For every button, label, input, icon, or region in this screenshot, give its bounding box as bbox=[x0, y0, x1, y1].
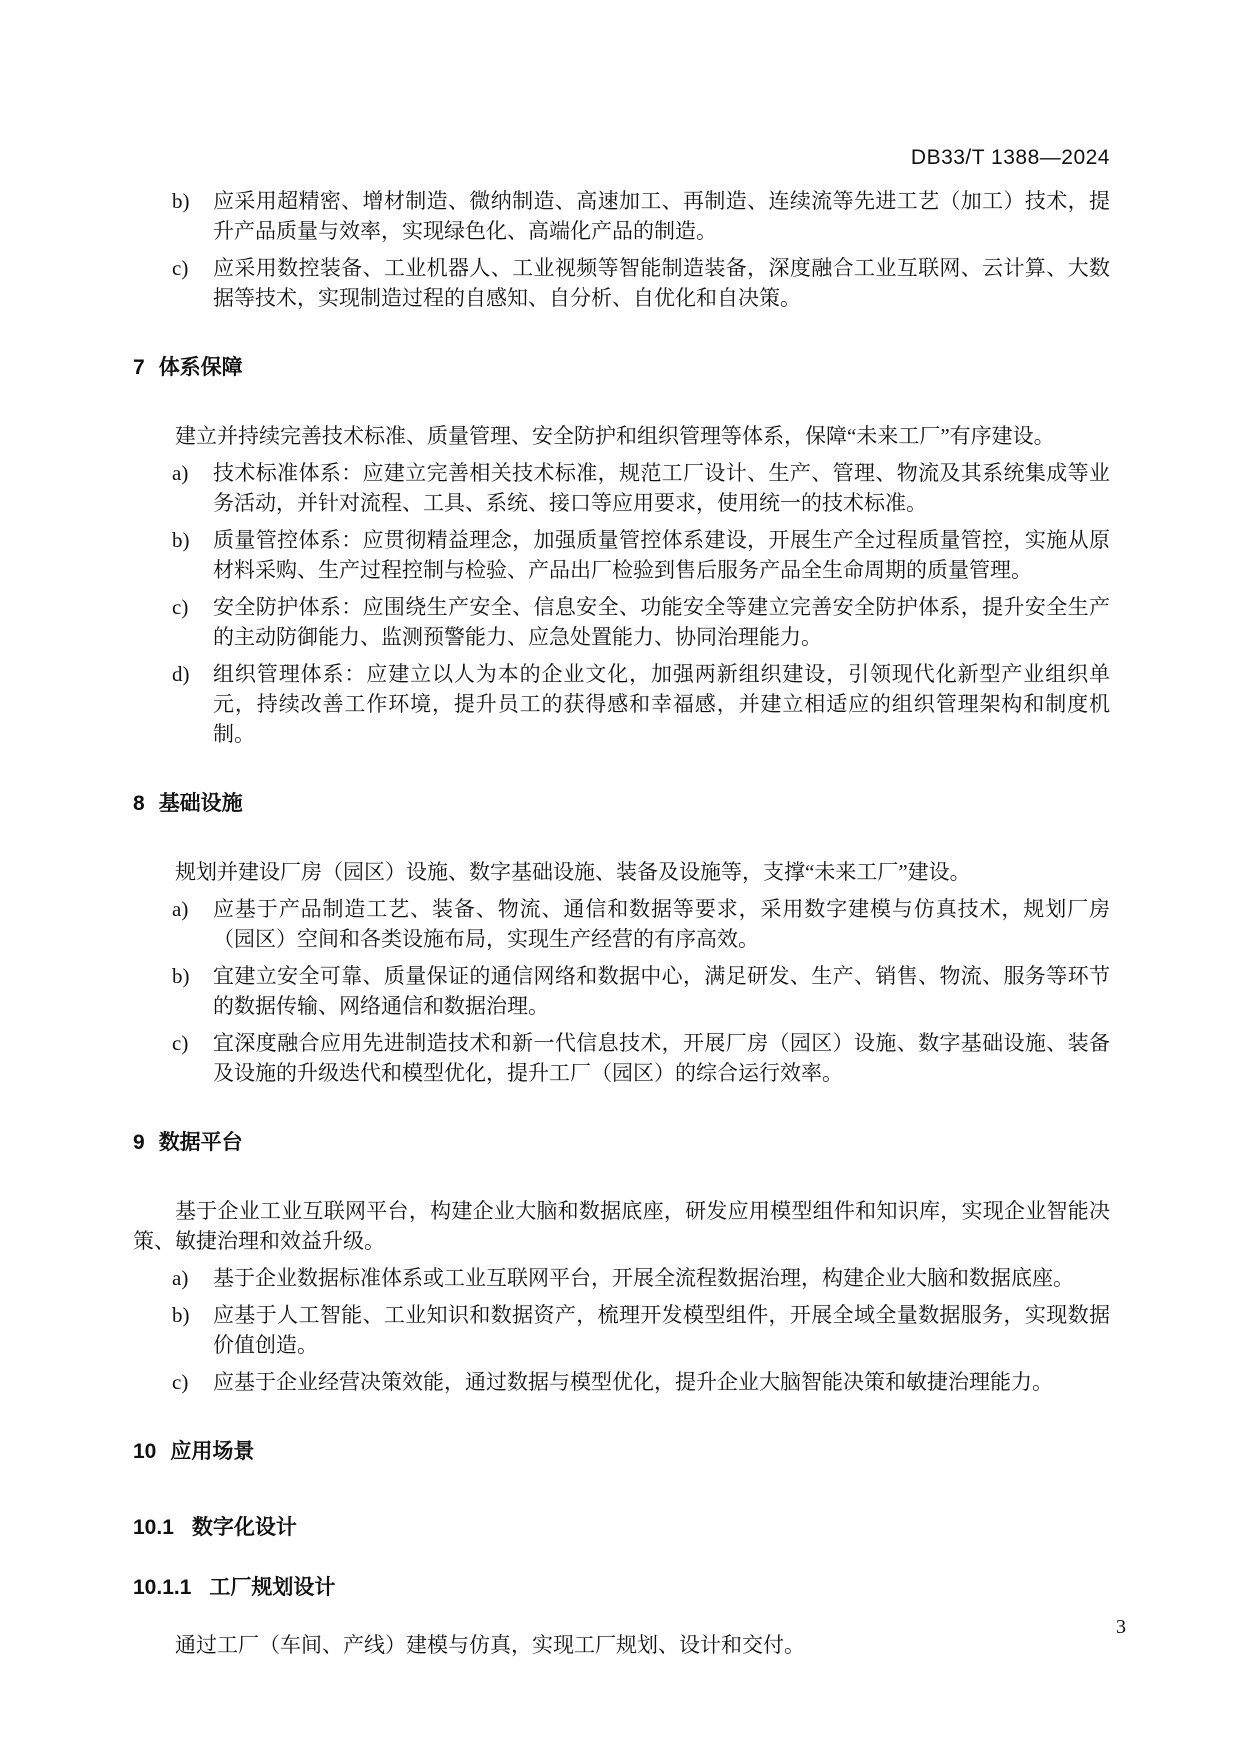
list-item-label: a) bbox=[172, 894, 213, 954]
list-item-text: 安全防护体系：应围绕生产安全、信息安全、功能安全等建立完善安全防护体系，提升安全… bbox=[213, 592, 1110, 652]
section-10-1-1-heading: 10.1.1 工厂规划设计 bbox=[133, 1573, 1110, 1603]
section-10-heading: 10 应用场景 bbox=[133, 1437, 1110, 1467]
list-item-text: 技术标准体系：应建立完善相关技术标准，规范工厂设计、生产、管理、物流及其系统集成… bbox=[213, 458, 1110, 518]
list-item: a) 基于企业数据标准体系或工业互联网平台，开展全流程数据治理，构建企业大脑和数… bbox=[172, 1263, 1110, 1293]
section-9-heading: 9 数据平台 bbox=[133, 1128, 1110, 1158]
list-item: b) 宜建立安全可靠、质量保证的通信网络和数据中心，满足研发、生产、销售、物流、… bbox=[172, 961, 1110, 1021]
section-8-heading: 8 基础设施 bbox=[133, 789, 1110, 819]
page-content: b) 应采用超精密、增材制造、微纳制造、高速加工、再制造、连续流等先进工艺（加工… bbox=[133, 186, 1110, 1660]
standard-number-header: DB33/T 1388—2024 bbox=[133, 146, 1110, 170]
list-item: c) 宜深度融合应用先进制造技术和新一代信息技术，开展厂房（园区）设施、数字基础… bbox=[172, 1028, 1110, 1088]
section-number: 7 bbox=[133, 353, 145, 383]
list-item-text: 应基于产品制造工艺、装备、物流、通信和数据等要求，采用数字建模与仿真技术，规划厂… bbox=[213, 894, 1110, 954]
section-title: 工厂规划设计 bbox=[209, 1573, 335, 1603]
section-number: 9 bbox=[133, 1128, 145, 1158]
section-10-1-1-paragraph: 通过工厂（车间、产线）建模与仿真，实现工厂规划、设计和交付。 bbox=[133, 1630, 1110, 1660]
list-item-label: c) bbox=[172, 1367, 213, 1397]
section-title: 数字化设计 bbox=[192, 1513, 297, 1543]
list-item-label: a) bbox=[172, 1263, 213, 1293]
list-item-text: 基于企业数据标准体系或工业互联网平台，开展全流程数据治理，构建企业大脑和数据底座… bbox=[213, 1263, 1110, 1293]
list-item-text: 宜建立安全可靠、质量保证的通信网络和数据中心，满足研发、生产、销售、物流、服务等… bbox=[213, 961, 1110, 1021]
list-item: a) 应基于产品制造工艺、装备、物流、通信和数据等要求，采用数字建模与仿真技术，… bbox=[172, 894, 1110, 954]
list-item: b) 应采用超精密、增材制造、微纳制造、高速加工、再制造、连续流等先进工艺（加工… bbox=[172, 186, 1110, 246]
list-item-label: b) bbox=[172, 186, 213, 246]
list-item-text: 应采用数控装备、工业机器人、工业视频等智能制造装备，深度融合工业互联网、云计算、… bbox=[213, 253, 1110, 313]
list-item-label: c) bbox=[172, 253, 213, 313]
list-item: a) 技术标准体系：应建立完善相关技术标准，规范工厂设计、生产、管理、物流及其系… bbox=[172, 458, 1110, 518]
list-item-label: c) bbox=[172, 592, 213, 652]
list-item: b) 应基于人工智能、工业知识和数据资产，梳理开发模型组件，开展全域全量数据服务… bbox=[172, 1300, 1110, 1360]
page-number: 3 bbox=[1116, 1616, 1126, 1639]
section-9-intro: 基于企业工业互联网平台，构建企业大脑和数据底座，研发应用模型组件和知识库，实现企… bbox=[133, 1196, 1110, 1256]
list-item-text: 质量管控体系：应贯彻精益理念，加强质量管控体系建设，开展生产全过程质量管控，实施… bbox=[213, 525, 1110, 585]
section-number: 10.1.1 bbox=[133, 1573, 191, 1603]
list-item-label: c) bbox=[172, 1028, 213, 1088]
list-item: d) 组织管理体系：应建立以人为本的企业文化，加强两新组织建设，引领现代化新型产… bbox=[172, 659, 1110, 749]
list-item-text: 组织管理体系：应建立以人为本的企业文化，加强两新组织建设，引领现代化新型产业组织… bbox=[213, 659, 1110, 749]
list-item-label: a) bbox=[172, 458, 213, 518]
list-item-label: b) bbox=[172, 1300, 213, 1360]
section-number: 10.1 bbox=[133, 1513, 174, 1543]
section-8-intro: 规划并建设厂房（园区）设施、数字基础设施、装备及设施等，支撑“未来工厂”建设。 bbox=[133, 857, 1110, 887]
section-10-1-heading: 10.1 数字化设计 bbox=[133, 1513, 1110, 1543]
list-item: c) 应采用数控装备、工业机器人、工业视频等智能制造装备，深度融合工业互联网、云… bbox=[172, 253, 1110, 313]
list-item-label: b) bbox=[172, 525, 213, 585]
section-title: 基础设施 bbox=[159, 789, 243, 819]
section-number: 8 bbox=[133, 789, 145, 819]
section-number: 10 bbox=[133, 1437, 156, 1467]
section-7-heading: 7 体系保障 bbox=[133, 353, 1110, 383]
section-7-intro: 建立并持续完善技术标准、质量管理、安全防护和组织管理等体系，保障“未来工厂”有序… bbox=[133, 421, 1110, 451]
list-item-text: 宜深度融合应用先进制造技术和新一代信息技术，开展厂房（园区）设施、数字基础设施、… bbox=[213, 1028, 1110, 1088]
list-item-label: d) bbox=[172, 659, 213, 749]
section-title: 应用场景 bbox=[170, 1437, 254, 1467]
list-item-label: b) bbox=[172, 961, 213, 1021]
section-title: 体系保障 bbox=[159, 353, 243, 383]
list-item: c) 安全防护体系：应围绕生产安全、信息安全、功能安全等建立完善安全防护体系，提… bbox=[172, 592, 1110, 652]
document-page: DB33/T 1388—2024 b) 应采用超精密、增材制造、微纳制造、高速加… bbox=[0, 0, 1240, 1755]
list-item: b) 质量管控体系：应贯彻精益理念，加强质量管控体系建设，开展生产全过程质量管控… bbox=[172, 525, 1110, 585]
list-item-text: 应基于企业经营决策效能，通过数据与模型优化，提升企业大脑智能决策和敏捷治理能力。 bbox=[213, 1367, 1110, 1397]
list-item: c) 应基于企业经营决策效能，通过数据与模型优化，提升企业大脑智能决策和敏捷治理… bbox=[172, 1367, 1110, 1397]
list-item-text: 应基于人工智能、工业知识和数据资产，梳理开发模型组件，开展全域全量数据服务，实现… bbox=[213, 1300, 1110, 1360]
list-item-text: 应采用超精密、增材制造、微纳制造、高速加工、再制造、连续流等先进工艺（加工）技术… bbox=[213, 186, 1110, 246]
section-title: 数据平台 bbox=[159, 1128, 243, 1158]
